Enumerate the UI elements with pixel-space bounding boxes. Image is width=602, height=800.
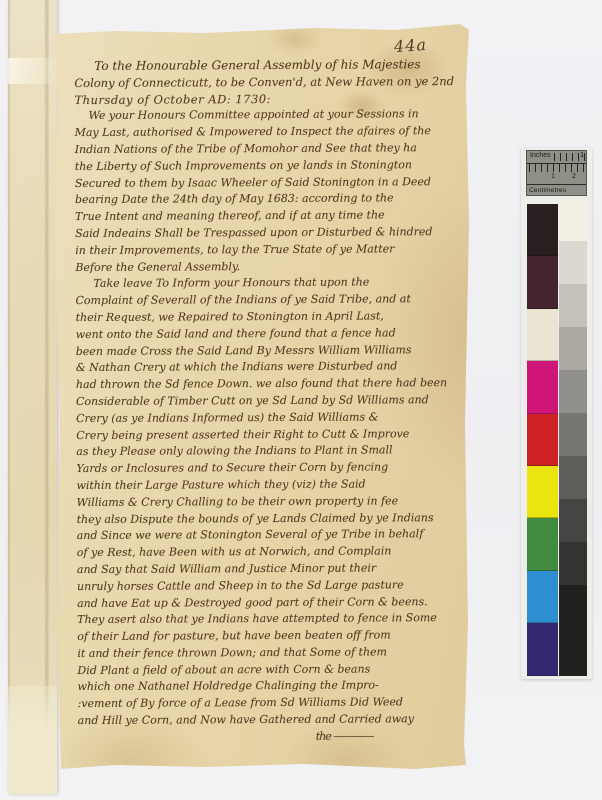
manuscript-line: of their Land for pasture, but have been…: [77, 627, 459, 646]
manuscript-line: bearing Date the 24th day of May 1683: a…: [75, 190, 457, 209]
photo-background: 44a To the Honourable General Assembly o…: [0, 0, 602, 800]
manuscript-line: in their Improvements, to lay the True S…: [75, 241, 457, 260]
gray-patch: [559, 370, 587, 413]
manuscript-line: :vement of By force of a Lease from Sd W…: [78, 694, 460, 713]
manuscript-line: and Say that Said William and Justice Mi…: [77, 560, 459, 579]
gray-patch: [559, 241, 587, 284]
manuscript-line: True Intent and meaning thereof, and if …: [75, 207, 457, 226]
manuscript-line: Said Indeains Shall be Trespassed upon o…: [75, 224, 457, 243]
manuscript-line: Secured to them by Isaac Wheeler of Said…: [75, 174, 457, 193]
manuscript-line: Did Plant a field of about an acre with …: [77, 661, 459, 680]
color-patch: [527, 466, 558, 518]
patch-columns: [523, 198, 590, 676]
gray-patch: [559, 542, 587, 585]
inches-label: Inches: [530, 152, 551, 159]
manuscript-line: Before the General Assembly.: [75, 258, 457, 277]
manuscript-line: Williams & Crery Challing to be their ow…: [76, 493, 458, 512]
grayscale-column: [559, 198, 587, 676]
manuscript-line: They asert also that ye Indians have att…: [77, 610, 459, 629]
ruler-divider-2: [527, 184, 586, 185]
manuscript-line: Considerable of Timber Cutt on ye Sd Lan…: [76, 392, 458, 411]
manuscript-line: Crery (as ye Indians Informed us) the Sa…: [76, 409, 458, 428]
stub-bottom-patch: [8, 686, 57, 794]
manuscript-line: had thrown the Sd fence Down. we also fo…: [76, 375, 458, 394]
manuscript-line: it and their fence thrown Down; and that…: [77, 644, 459, 663]
manuscript-left-stub: [8, 0, 57, 794]
gray-patch: [559, 413, 587, 456]
inch-ticks: [554, 153, 586, 161]
manuscript-page: 44a To the Honourable General Assembly o…: [55, 24, 469, 769]
gray-patch: [559, 327, 587, 370]
manuscript-line: and Since we were at Stonington Several …: [77, 526, 459, 545]
manuscript-line: been made Cross the Said Land By Messrs …: [76, 342, 458, 361]
manuscript-line: May Last, authorised & Impowered to Insp…: [75, 123, 457, 142]
color-calibration-bar: Inches 1 1 2 Centimetres: [521, 148, 592, 679]
manuscript-line: Take leave To Inform your Honours that u…: [75, 274, 457, 293]
manuscript-line: which one Nathanel Holdredge Chalinging …: [77, 677, 459, 696]
manuscript-line: and have Eat up & Destroyed good part of…: [77, 593, 459, 612]
color-patch: [527, 414, 558, 466]
manuscript-line: Colony of Connecticutt, to be Conven'd, …: [74, 73, 456, 92]
stub-fold-highlight: [8, 58, 57, 84]
manuscript-line: Complaint of Severall of the Indians of …: [75, 291, 457, 310]
gray-patch: [559, 499, 587, 542]
manuscript-line: We your Honours Committee appointed at y…: [74, 106, 456, 125]
centimetres-label: Centimetres: [529, 187, 566, 194]
manuscript-line: they also Dispute the bounds of ye Lands…: [77, 510, 459, 529]
cm-number-1: 1: [551, 173, 555, 180]
cm-number-2: 2: [572, 173, 576, 180]
manuscript-line: Crery being present asserted their Right…: [76, 426, 458, 445]
manuscript-line: Thursday of October AD: 1730:: [74, 90, 456, 109]
ruler-block: Inches 1 1 2 Centimetres: [526, 150, 587, 196]
folio-number: 44a: [393, 35, 427, 56]
cm-ticks: [529, 164, 586, 172]
manuscript-line: To the Honourable General Assembly of hi…: [74, 56, 456, 75]
manuscript-line: within their Large Pasture which they (v…: [76, 476, 458, 495]
manuscript-line: Indian Nations of the Tribe of Momohor a…: [75, 140, 457, 159]
manuscript-line: went onto the Said land and there found …: [76, 325, 458, 344]
color-patch: [527, 623, 558, 675]
manuscript-line: the Liberty of Such Improvements on ye l…: [75, 157, 457, 176]
manuscript-text: To the Honourable General Assembly of hi…: [74, 56, 460, 747]
manuscript-line: their Request, we Repaired to Stonington…: [76, 308, 458, 327]
manuscript-line: Yards or Inclosures and to Secure their …: [76, 459, 458, 478]
gray-patch: [559, 585, 587, 676]
gray-patch: [559, 456, 587, 499]
color-patch: [527, 256, 558, 308]
manuscript-line: as they Please only alowing the Indians …: [76, 442, 458, 461]
manuscript-line: of ye Rest, have Been with us at Norwich…: [77, 543, 459, 562]
color-patch: [527, 309, 558, 361]
color-patch: [527, 571, 558, 623]
color-patch: [527, 518, 558, 570]
manuscript-line: & Nathan Crery at which the Indians were…: [76, 358, 458, 377]
color-patch-column: [527, 204, 558, 676]
manuscript-line: the ————: [78, 728, 460, 747]
gray-patch: [559, 284, 587, 327]
manuscript-line: unruly horses Cattle and Sheep in to the…: [77, 577, 459, 596]
color-patch: [527, 361, 558, 413]
gray-patch: [559, 198, 587, 241]
color-patch: [527, 204, 558, 256]
manuscript-line: and Hill ye Corn, and Now have Gathered …: [78, 711, 460, 730]
